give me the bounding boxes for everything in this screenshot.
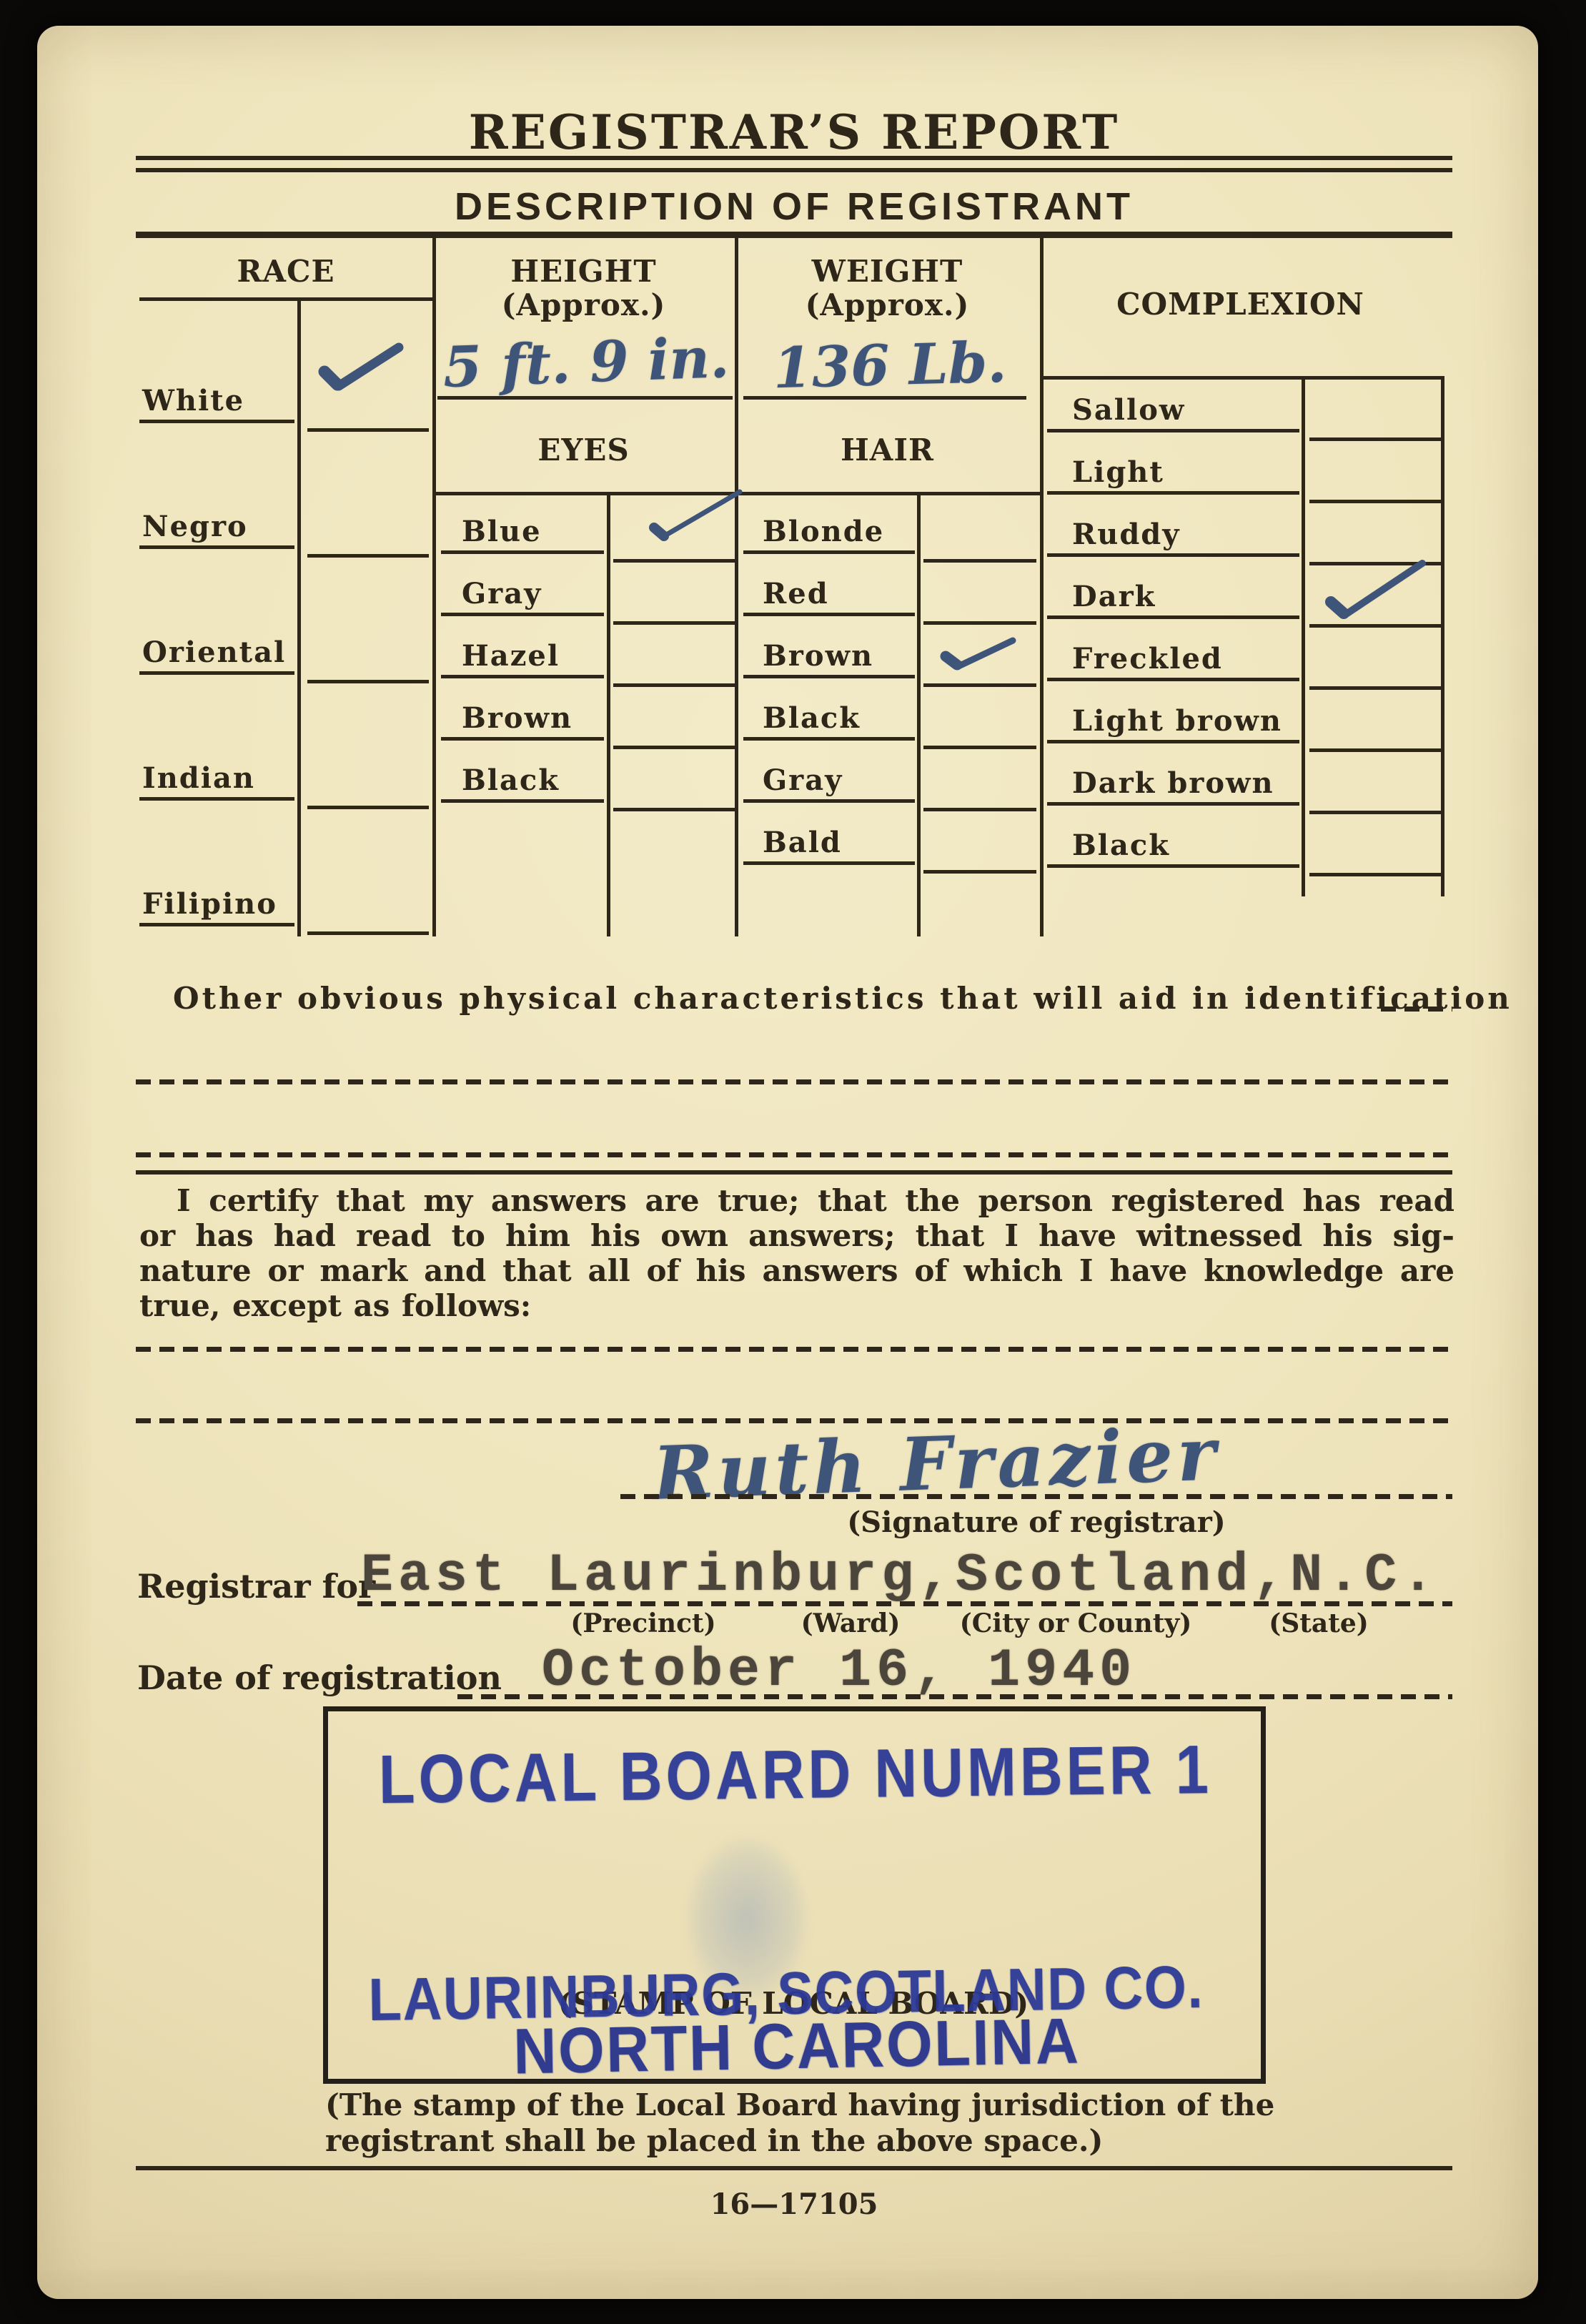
race-option-label: White (142, 384, 244, 417)
complexion-option-row: Sallow (1041, 370, 1441, 432)
race-option-label: Negro (142, 510, 248, 543)
height-value-handwriting: 5 ft. 9 in. (439, 325, 734, 400)
race-option-row: Filipino (139, 801, 432, 926)
race-option-label: Oriental (142, 636, 286, 669)
certification-line: true, except as follows: (139, 1288, 1454, 1323)
label-underline (139, 923, 294, 926)
eyes-option-label: Black (462, 763, 560, 797)
weight-header-label: WEIGHT (735, 254, 1040, 288)
check-cell-underline (613, 808, 735, 811)
signature-line (620, 1494, 1452, 1499)
city-or-county-caption: (City or County) (960, 1608, 1192, 1638)
complexion-option-label: Light (1072, 455, 1164, 489)
eyes-option-label: Gray (462, 577, 542, 610)
hair-option-row: Black (736, 678, 1040, 741)
label-underline (441, 799, 604, 803)
race-option-row: Negro (139, 423, 432, 549)
checkmark-blue-icon (647, 486, 747, 545)
hair-option-row: Gray (736, 741, 1040, 803)
complexion-option-row: Dark brown (1041, 743, 1441, 806)
eyes-option-row: Black (434, 741, 735, 803)
hair-option-row: Red (736, 554, 1040, 616)
stamp-instruction-note: (The stamp of the Local Board having jur… (325, 2087, 1274, 2159)
hair-option-label: Brown (763, 639, 873, 673)
table-right-edge (1441, 376, 1444, 896)
complexion-option-label: Dark (1072, 580, 1156, 613)
weight-value-handwriting: 136 Lb. (753, 330, 1026, 402)
registrar-for-typed-value: East Laurinburg,Scotland,N.C. (361, 1546, 1439, 1606)
form-subtitle: DESCRIPTION OF REGISTRANT (136, 184, 1452, 229)
eyes-option-label: Blue (462, 515, 542, 548)
title-double-rule (136, 156, 1452, 172)
weight-column-header: WEIGHT (Approx.) (735, 254, 1040, 322)
stamp-instruction-line: (The stamp of the Local Board having jur… (325, 2087, 1274, 2123)
race-column-header: RACE (139, 254, 432, 288)
race-option-label: Filipino (142, 887, 277, 921)
hair-option-label: Blonde (763, 515, 884, 548)
complexion-option-label: Light brown (1072, 704, 1282, 738)
height-value-underline (437, 396, 733, 400)
stamp-instruction-line: registrant shall be placed in the above … (325, 2123, 1274, 2159)
checkmark-dark-icon (1322, 555, 1431, 625)
table-top-rule (136, 232, 1452, 238)
certification-paragraph: I certify that my answers are true; that… (139, 1183, 1454, 1323)
hair-option-label: Red (763, 577, 829, 610)
answer-line (136, 1152, 1452, 1157)
check-cell-underline (1309, 873, 1441, 876)
registrar-for-label: Registrar for (137, 1567, 375, 1606)
weight-value-underline (743, 396, 1026, 400)
hair-option-label: Bald (763, 826, 842, 859)
date-of-registration-typed-value: October 16, 1940 (542, 1641, 1136, 1701)
scanned-registration-card-page: REGISTRAR’S REPORT DESCRIPTION OF REGIST… (0, 0, 1586, 2324)
complexion-option-row: Light brown (1041, 681, 1441, 743)
certification-line: or has had read to him his own answers; … (139, 1218, 1454, 1253)
date-of-registration-label: Date of registration (137, 1658, 502, 1697)
label-underline (1047, 864, 1299, 868)
checkmark-white-icon (314, 340, 407, 396)
section-rule (136, 1170, 1452, 1175)
hair-option-label: Black (763, 701, 861, 735)
hair-option-row: Bald (736, 803, 1040, 865)
ward-caption: (Ward) (801, 1608, 901, 1638)
race-option-row: Oriental (139, 549, 432, 675)
answer-line (136, 1079, 1452, 1084)
complexion-option-label: Dark brown (1072, 766, 1274, 800)
form-title: REGISTRAR’S REPORT (136, 104, 1452, 160)
race-option-row: Indian (139, 675, 432, 801)
eyes-option-row: Brown (434, 678, 735, 741)
certification-line: I certify that my answers are true; that… (139, 1183, 1454, 1218)
signature-caption: (Signature of registrar) (843, 1505, 1229, 1539)
certification-line: nature or mark and that all of his answe… (139, 1253, 1454, 1288)
complexion-option-label: Ruddy (1072, 518, 1181, 551)
check-cell-underline (923, 870, 1036, 874)
check-cell-underline (307, 931, 429, 935)
complexion-option-label: Sallow (1072, 393, 1185, 427)
complexion-option-label: Freckled (1072, 642, 1223, 676)
label-underline (743, 861, 915, 865)
complexion-option-row: Black (1041, 806, 1441, 868)
complexion-option-row: Light (1041, 432, 1441, 495)
eyes-option-row: Hazel (434, 616, 735, 678)
checkmark-brown-icon (940, 633, 1020, 675)
eyes-option-label: Brown (462, 701, 573, 735)
hair-option-row: Blonde (736, 492, 1040, 554)
hair-option-label: Gray (763, 763, 843, 797)
local-board-number-stamp: LOCAL BOARD NUMBER 1 (379, 1731, 1213, 1819)
form-number: 16—17105 (136, 2187, 1452, 2221)
precinct-caption: (Precinct) (570, 1608, 715, 1638)
other-characteristics-label: Other obvious physical characteristics t… (173, 981, 1512, 1016)
eyes-option-row: Gray (434, 554, 735, 616)
state-caption: (State) (1269, 1608, 1369, 1638)
local-board-state-stamp: NORTH CAROLINA (513, 2004, 1081, 2089)
eyes-option-label: Hazel (462, 639, 560, 673)
height-header-sublabel: (Approx.) (432, 288, 735, 322)
eyes-column-header: EYES (432, 433, 735, 467)
height-column-header: HEIGHT (Approx.) (432, 254, 735, 322)
hair-options-column: Blonde Red Brown Black Gray Bald (736, 492, 1040, 865)
date-of-registration-line (457, 1694, 1452, 1699)
complexion-column-header: COMPLEXION (1040, 287, 1441, 321)
registrar-for-line (357, 1601, 1452, 1606)
race-option-label: Indian (142, 761, 255, 795)
height-header-label: HEIGHT (432, 254, 735, 288)
complexion-option-row: Ruddy (1041, 495, 1441, 557)
weight-header-sublabel: (Approx.) (735, 288, 1040, 322)
hair-column-header: HAIR (735, 433, 1040, 467)
complexion-option-row: Freckled (1041, 619, 1441, 681)
footer-rule (136, 2166, 1452, 2170)
complexion-option-label: Black (1072, 829, 1170, 862)
other-characteristics-fill-line (1381, 1007, 1452, 1012)
exception-line (136, 1347, 1452, 1352)
